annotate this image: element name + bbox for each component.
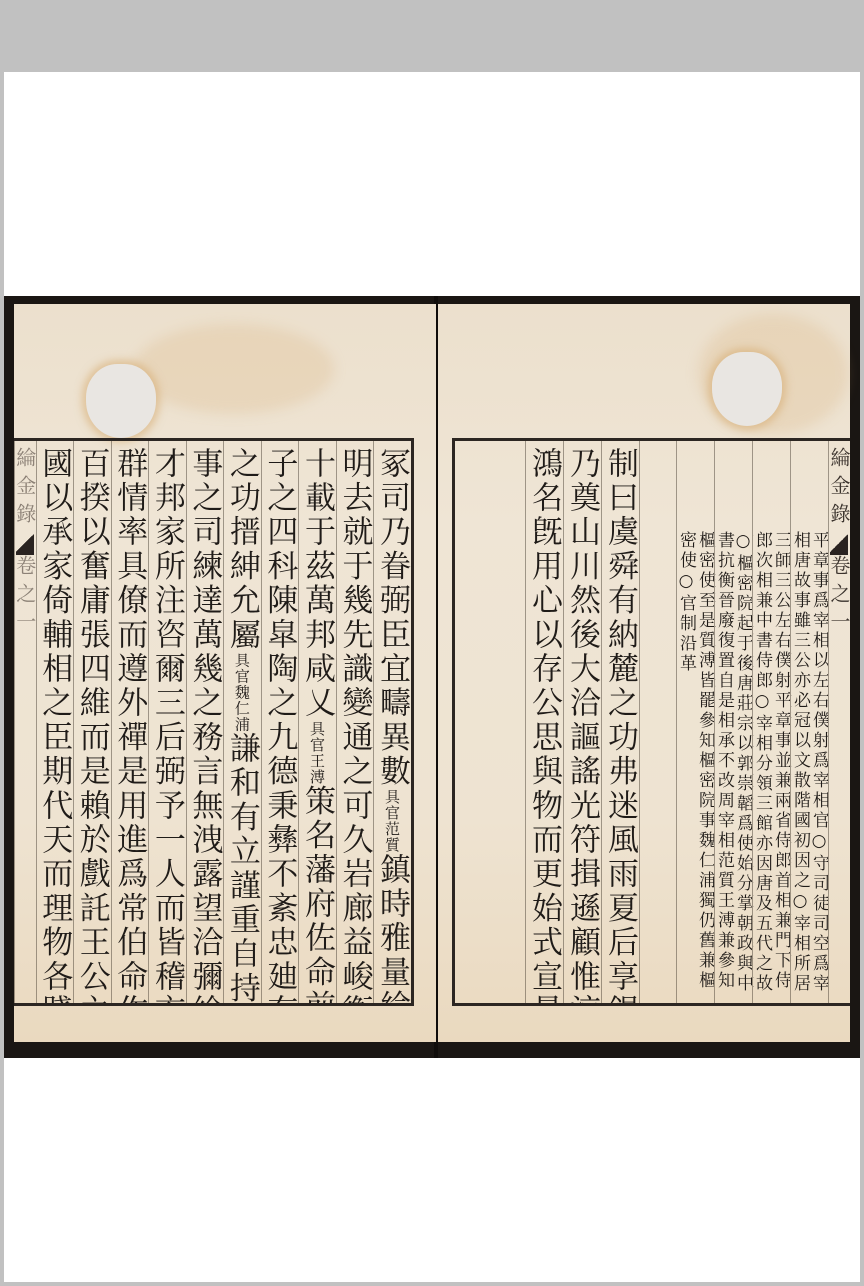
worm-hole bbox=[712, 352, 782, 426]
text-column: 鴻名旣用心以存公思與物而更始式宣景化屬在 bbox=[525, 441, 563, 1003]
book-scan: 冢司乃眷弼臣宜疇異數具官范質鎮時雅量綸俗宏材 明去就于幾先識變通之可久岩廊益峻衡… bbox=[4, 296, 860, 1058]
left-text-block: 冢司乃眷弼臣宜疇異數具官范質鎮時雅量綸俗宏材 明去就于幾先識變通之可久岩廊益峻衡… bbox=[14, 438, 414, 1006]
fishtail-mark bbox=[16, 531, 34, 555]
worm-hole bbox=[86, 364, 156, 438]
text-column: 十載于茲萬邦咸乂具官王溥策名藩府佐命前朝冠顏 bbox=[298, 441, 336, 1003]
text-column: 冢司乃眷弼臣宜疇異數具官范質鎮時雅量綸俗宏材 bbox=[373, 441, 411, 1003]
annotation-column: 樞密使至是質溥皆罷參知樞密院事魏仁浦獨仍舊兼樞密使○官制沿革 bbox=[676, 441, 714, 1003]
text-column: 制曰虞舜有納麓之功弗迷風雨夏后享錫圭之瑞 bbox=[601, 441, 639, 1003]
text-column: 才邦家所注咨爾三后弼予一人而皆稽玄象以酌 bbox=[148, 441, 186, 1003]
text-column: 百揆以奮庸張四維而是賴於戲託王公之上旣開 bbox=[73, 441, 111, 1003]
margin-title: 綸金錄卷之一 bbox=[14, 441, 36, 1003]
text-column: 乃奠山川然後大洽謳謠光符揖遜顧惟涼德纂集 bbox=[563, 441, 601, 1003]
text-column: 子之四科陳皐陶之九德秉彝不紊忠廸有光寅亮 bbox=[261, 441, 299, 1003]
text-column: 明去就于幾先識變通之可久岩廊益峻衡石無欺 bbox=[336, 441, 374, 1003]
annotation-column: 平章事爲宰相以左右僕射爲宰相官○守司徒司空爲宰相唐故事雖三公亦必冠以文散階國初因… bbox=[790, 441, 828, 1003]
text-column: 之功搢紳允屬具官魏仁浦謙和有立謹重自持周旋三 bbox=[223, 441, 261, 1003]
left-page: 冢司乃眷弼臣宜疇異數具官范質鎮時雅量綸俗宏材 明去就于幾先識變通之可久岩廊益峻衡… bbox=[14, 304, 436, 1042]
margin-title: 綸金錄卷之一 bbox=[828, 441, 850, 1003]
right-text-block: 綸金錄卷之一 平章事爲宰相以左右僕射爲宰相官○守司徒司空爲宰相唐故事雖三公亦必冠… bbox=[452, 438, 850, 1006]
annotation-column: 三師三公左右僕射平章事並兼兩省侍郎首相兼門下侍郎次相兼中書侍郎○宰相分領三館亦因… bbox=[752, 441, 790, 1003]
annotation-column: ○樞密院起于後唐莊宗以郭崇韜爲使始分掌朝政與中書抗衡晉廢復置自是相承不改周宰相范… bbox=[714, 441, 752, 1003]
blank-column bbox=[639, 441, 676, 1003]
right-page: 綸金錄卷之一 平章事爲宰相以左右僕射爲宰相官○守司徒司空爲宰相唐故事雖三公亦必冠… bbox=[438, 304, 850, 1042]
text-column: 國以承家倚輔相之臣期代天而理物各踐厥位時 bbox=[36, 441, 74, 1003]
text-column: 群情率具僚而遵外禪是用進爲常伯命作司空敘 bbox=[111, 441, 149, 1003]
fishtail-mark bbox=[830, 531, 848, 555]
text-column: 事之司練達萬幾之務言無洩露望洽彌綸康濟之 bbox=[186, 441, 224, 1003]
